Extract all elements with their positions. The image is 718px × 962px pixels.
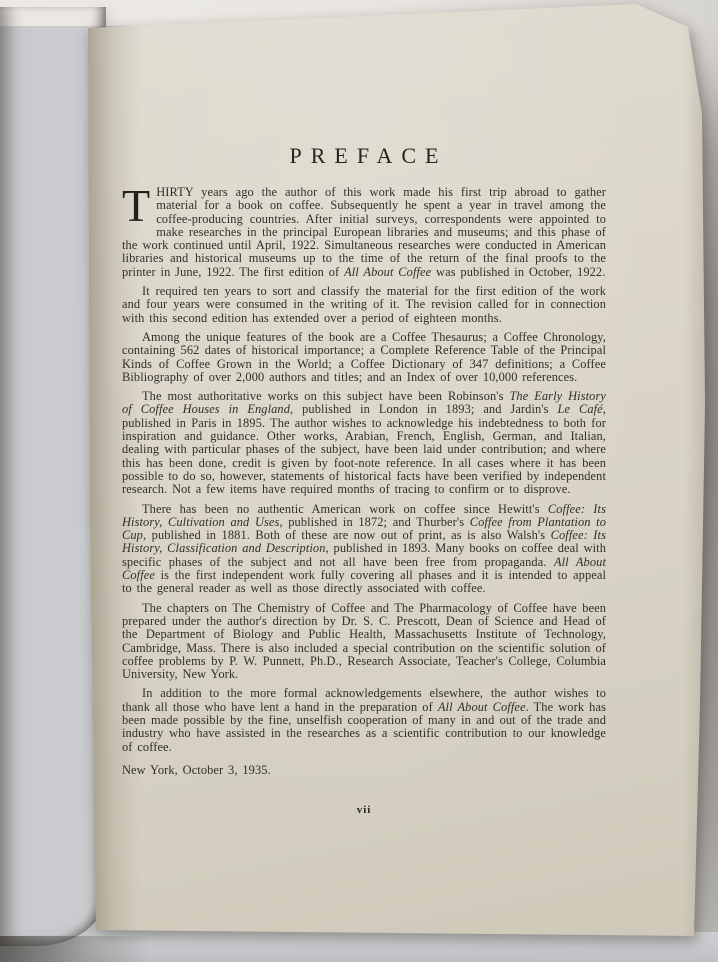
paragraph: THIRTY years ago the author of this work… [122, 186, 606, 279]
text: , published in Paris in 1895. The author… [122, 402, 606, 496]
paragraph: The chapters on The Chemistry of Coffee … [122, 602, 606, 682]
text: There has been no authentic American wor… [142, 502, 548, 516]
paragraph: There has been no authentic American wor… [122, 503, 606, 596]
page-number: vii [122, 804, 606, 816]
text: , published in 1872; and Thurber's [279, 515, 469, 529]
italic-text: All About Coffee [438, 700, 526, 714]
paragraph: It required ten years to sort and classi… [122, 285, 606, 325]
text: It required ten years to sort and classi… [122, 284, 606, 325]
drop-cap: T [122, 186, 156, 227]
text: The chapters on The Chemistry of Coffee … [122, 601, 606, 681]
book-page: PREFACE THIRTY years ago the author of t… [88, 4, 710, 944]
text: , published in 1881. Both of these are n… [143, 528, 551, 542]
text: The most authoritative works on this sub… [142, 389, 509, 403]
text: is the first independent work fully cove… [122, 568, 606, 595]
book-photo: PREFACE THIRTY years ago the author of t… [0, 0, 718, 962]
page-title: PREFACE [122, 144, 606, 168]
italic-text: All About Coffee [344, 265, 431, 279]
page-content: PREFACE THIRTY years ago the author of t… [122, 144, 606, 816]
italic-text: Le Café [557, 402, 602, 416]
paragraph: Among the unique features of the book ar… [122, 331, 606, 384]
page-edge-shade [684, 4, 710, 944]
text: , published in London in 1893; and Jardi… [290, 402, 557, 416]
paragraphs: THIRTY years ago the author of this work… [122, 186, 606, 777]
paragraph: In addition to the more formal acknowled… [122, 687, 606, 753]
text: was published in October, 1922. [431, 265, 605, 279]
text: Among the unique features of the book ar… [122, 330, 606, 384]
dateline: New York, October 3, 1935. [122, 764, 606, 777]
paragraph: The most authoritative works on this sub… [122, 390, 606, 496]
book-page-wrap: PREFACE THIRTY years ago the author of t… [88, 4, 710, 944]
